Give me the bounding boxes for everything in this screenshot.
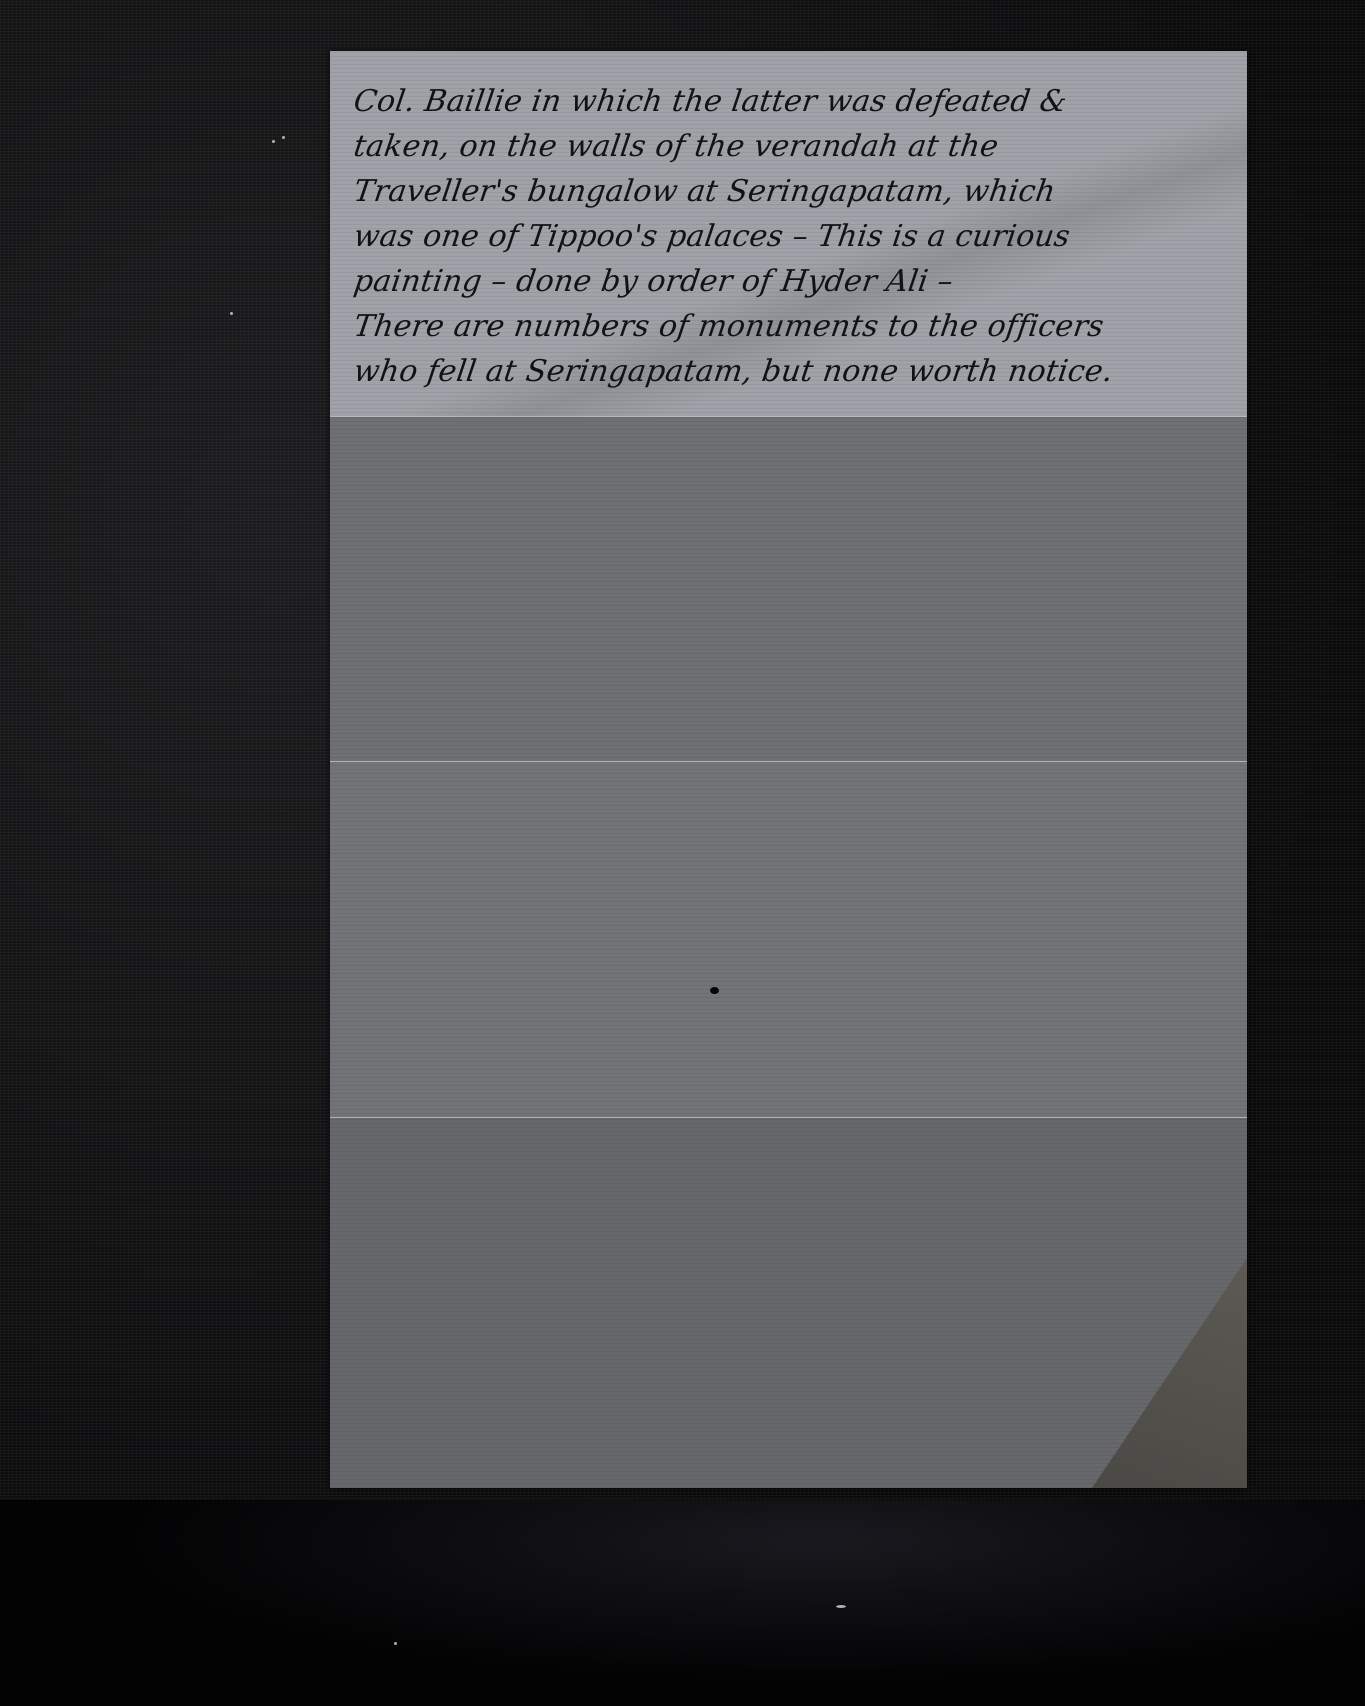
text-line: Traveller's bungalow at Seringapatam, wh…	[351, 169, 1237, 214]
folded-corner	[1092, 1258, 1247, 1488]
blank-panel	[330, 417, 1247, 762]
dust-speck	[272, 140, 275, 143]
letter-page: Col. Baillie in which the latter was def…	[330, 51, 1247, 1488]
dark-backdrop	[0, 1500, 1365, 1706]
dust-speck	[282, 136, 285, 139]
text-line: Col. Baillie in which the latter was def…	[351, 79, 1237, 124]
dust-speck	[394, 1642, 397, 1645]
text-line: painting – done by order of Hyder Ali –	[351, 259, 1237, 304]
written-panel: Col. Baillie in which the latter was def…	[330, 51, 1247, 417]
dust-speck	[836, 1605, 846, 1608]
text-line: taken, on the walls of the verandah at t…	[351, 124, 1237, 169]
handwritten-text: Col. Baillie in which the latter was def…	[354, 79, 1234, 394]
text-line: was one of Tippoo's palaces – This is a …	[351, 214, 1237, 259]
text-line: who fell at Seringapatam, but none worth…	[351, 349, 1237, 394]
ink-blot	[710, 987, 719, 994]
text-line: There are numbers of monuments to the of…	[351, 304, 1237, 349]
blank-panel	[330, 1118, 1247, 1488]
blank-panel	[330, 762, 1247, 1118]
dust-speck	[230, 312, 233, 315]
